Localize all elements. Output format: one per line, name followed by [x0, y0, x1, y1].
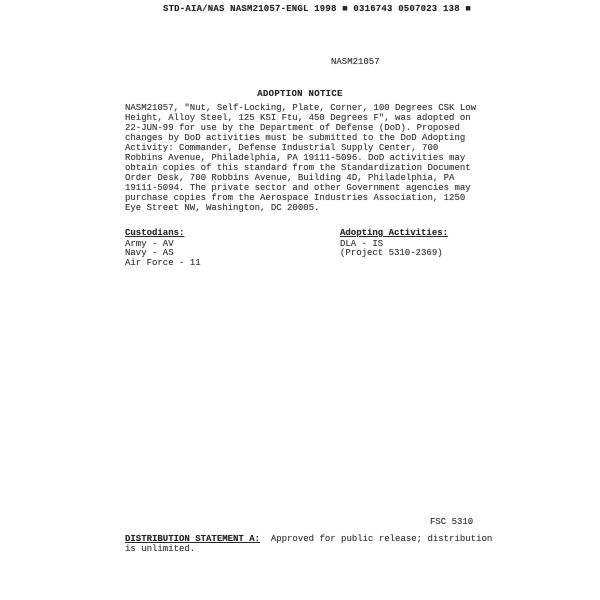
body-line: changes by DoD activities must be submit…	[125, 133, 477, 143]
body-line: Height, Alloy Steel, 125 KSI Ftu, 450 De…	[125, 113, 477, 123]
adopting-activity-item: (Project 5310-2369)	[340, 249, 448, 259]
body-line: obtain copies of this standard from the …	[125, 163, 477, 173]
body-line: purchase copies from the Aerospace Indus…	[125, 193, 477, 203]
document-number: NASM21057	[331, 57, 380, 67]
fsc-code: FSC 5310	[430, 517, 473, 527]
custodians-section: Custodians: Army - AVNavy - ASAir Force …	[125, 229, 201, 268]
body-line: 22-JUN-99 for use by the Department of D…	[125, 123, 477, 133]
custodians-list: Army - AVNavy - ASAir Force - 11	[125, 240, 201, 269]
scan-header-line: STD-AIA/NAS NASM21057-ENGL 1998 ■ 031674…	[0, 4, 600, 14]
body-line: Eye Street NW, Washington, DC 20005.	[125, 203, 477, 213]
adopting-activities-section: Adopting Activities: DLA - IS(Project 53…	[340, 229, 448, 259]
distribution-statement: DISTRIBUTION STATEMENT A: Approved for p…	[125, 535, 497, 554]
adoption-notice-body: NASM21057, "Nut, Self-Locking, Plate, Co…	[125, 103, 477, 213]
distribution-statement-label: DISTRIBUTION STATEMENT A:	[125, 534, 260, 544]
custodian-item: Air Force - 11	[125, 259, 201, 269]
page-title: ADOPTION NOTICE	[0, 89, 600, 99]
custodians-heading: Custodians:	[125, 229, 201, 239]
adopting-activities-list: DLA - IS(Project 5310-2369)	[340, 240, 448, 259]
body-line: 19111-5094. The private sector and other…	[125, 183, 477, 193]
body-line: Robbins Avenue, Philadelphia, PA 19111-5…	[125, 153, 477, 163]
body-line: Activity: Commander, Defense Industrial …	[125, 143, 477, 153]
document-page: STD-AIA/NAS NASM21057-ENGL 1998 ■ 031674…	[0, 0, 600, 600]
adopting-activities-heading: Adopting Activities:	[340, 229, 448, 239]
body-line: Order Desk, 700 Robbins Avenue, Building…	[125, 173, 477, 183]
body-line: NASM21057, "Nut, Self-Locking, Plate, Co…	[125, 103, 477, 113]
